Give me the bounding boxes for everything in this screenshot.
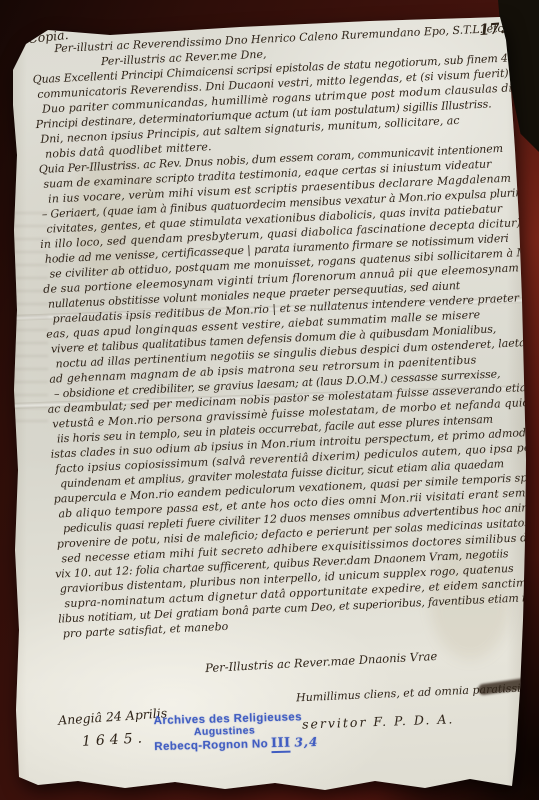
stamp-numeral: III — [271, 736, 291, 754]
letter-text-block: Per-illustri ac Reverendissimo Dno Henri… — [36, 20, 539, 641]
dateline-place: Anegiâ 24 Aprilis — [58, 705, 168, 728]
manuscript-sheet: Copia. 17. Per-illustri ac Reverendissim… — [0, 0, 539, 800]
manuscript-sheet-wrapper: Copia. 17. Per-illustri ac Reverendissim… — [0, 0, 539, 800]
dateline-year: 1645. — [82, 730, 148, 749]
body-text: Quas Excellenti Principi Chimaicensi scr… — [37, 50, 539, 641]
stamp-line-3: Rebecq-Rognon NoIII3,4 — [154, 735, 318, 754]
signature-line-2: servitor F. P. D. A. — [302, 711, 455, 731]
photograph-of-manuscript: Copia. 17. Per-illustri ac Reverendissim… — [0, 0, 539, 800]
closing-line: Per-Illustris ac Rever.mae Dnaonis Vrae — [205, 649, 438, 675]
signature-line-1: Humillimus cliens, et ad omnia paratissi… — [296, 681, 539, 705]
archive-stamp: Archives des Religieuses Augustines Rebe… — [154, 711, 319, 754]
stamp-line-3-text: Rebecq-Rognon No — [154, 738, 268, 753]
stamp-annotation: 3,4 — [294, 735, 318, 750]
